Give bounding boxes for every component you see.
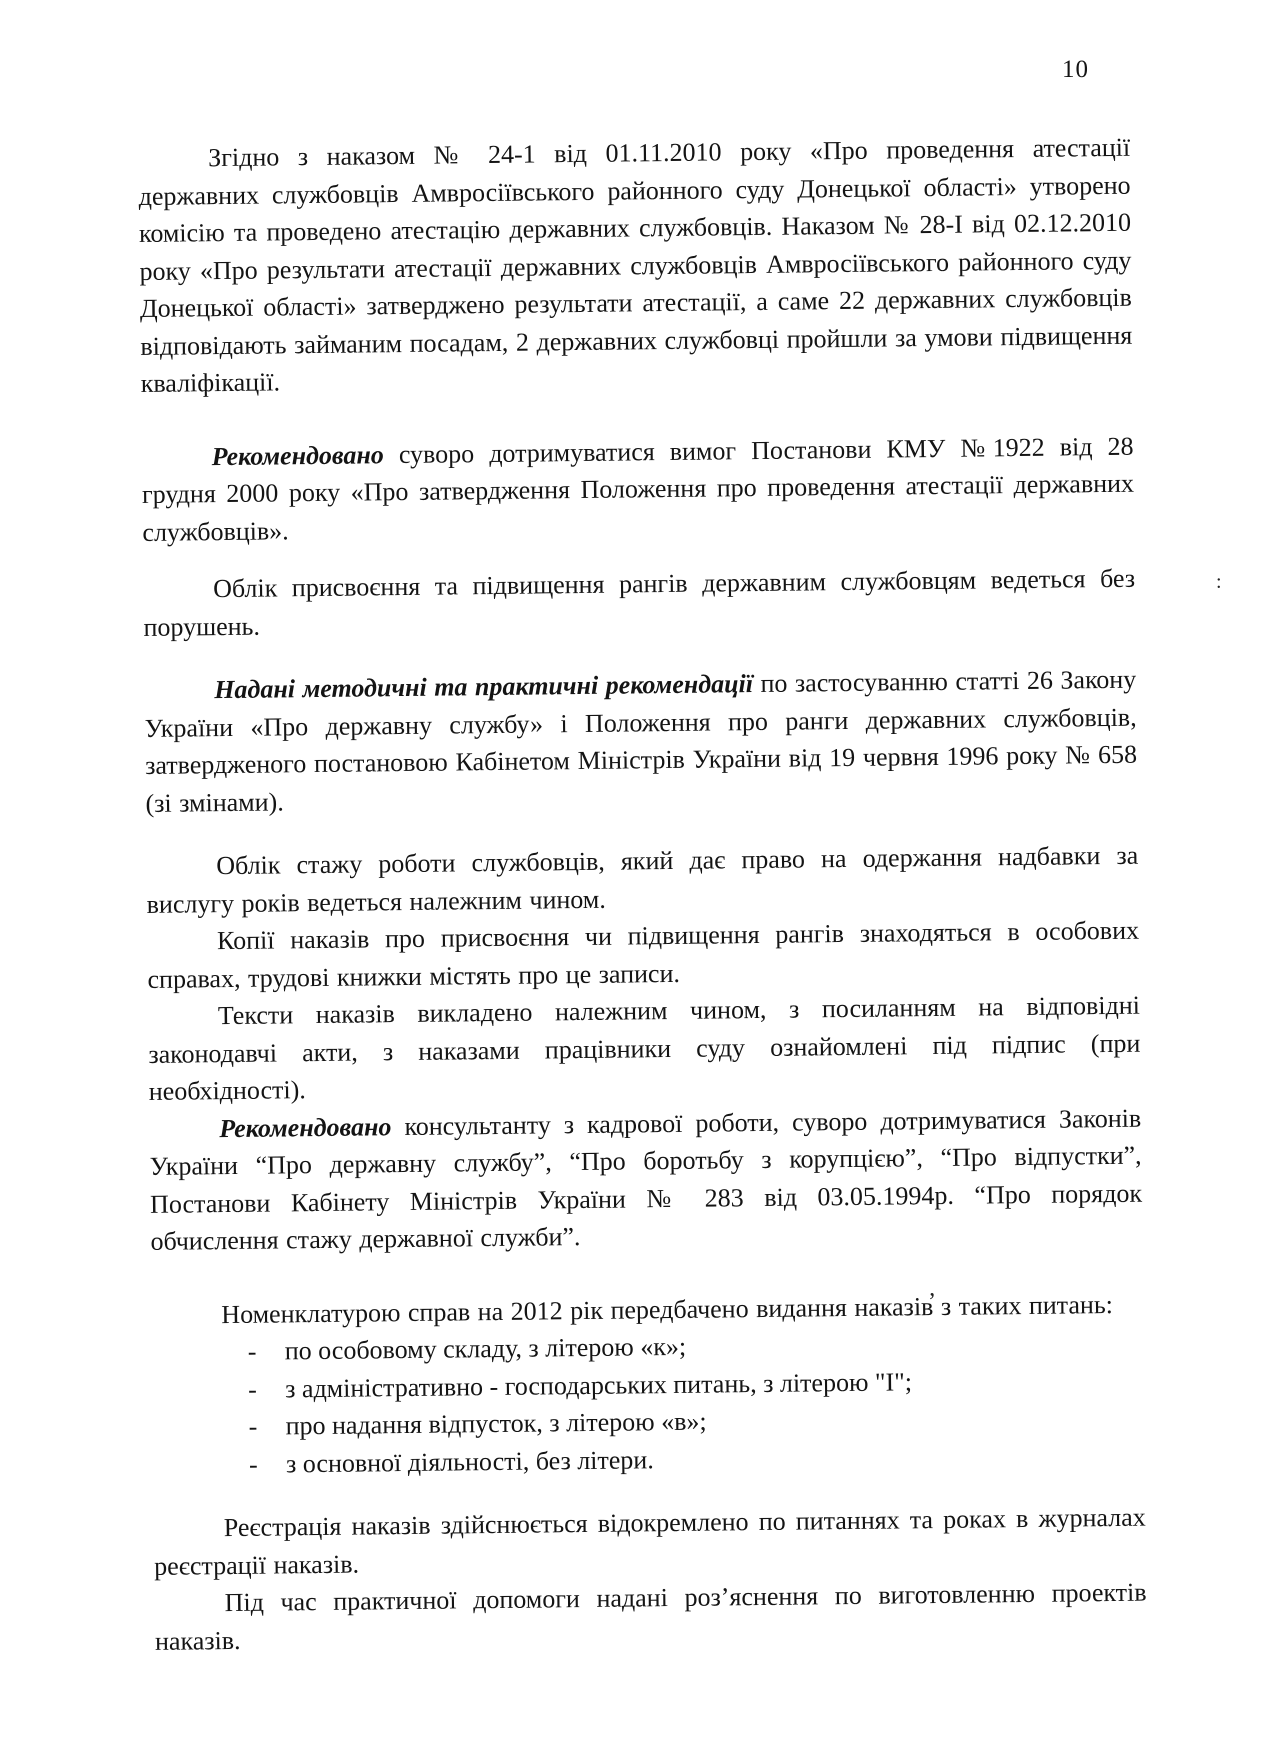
scan-artifact-mark: : [1216,572,1222,592]
list-dash: - [248,1370,257,1408]
paragraph-practical-help: Під час практичної допомоги надані роз’я… [154,1574,1147,1660]
list-item-text: по особовому складу, з літерою «к»; [285,1332,687,1366]
order-types-list: -по особовому складу, з літерою «к»; -з … [152,1323,1146,1484]
page-number: 10 [1062,56,1089,84]
page-content: Згідно з наказом № 24-1 від 01.11.2010 р… [138,129,1147,1660]
list-dash: - [248,1333,257,1371]
paragraph-rank-accounting: Облік присвоєння та підвищення рангів де… [143,560,1136,646]
list-dash: - [249,1445,258,1483]
paragraph-text: Номенклатурою справ на 2012 рік передбач… [221,1290,1113,1329]
paragraph-text: Реєстрація наказів здійснюється відокрем… [154,1503,1146,1581]
paragraph-text: Згідно з наказом № 24-1 від 01.11.2010 р… [138,133,1132,398]
paragraph-text: Під час практичної допомоги надані роз’я… [155,1578,1147,1656]
paragraph-lead-bold-italic: Надані методичні та практичні рекомендац… [214,669,753,704]
paragraph-text: Облік присвоєння та підвищення рангів де… [143,564,1135,642]
paragraph-recommendation-1: Рекомендовано суворо дотримуватися вимог… [141,427,1134,551]
paragraph-registration: Реєстрація наказів здійснюється відокрем… [154,1499,1147,1585]
paragraph-text: Облік стажу роботи службовців, який дає … [147,841,1139,919]
paragraph-text: Копії наказів про присвоєння чи підвищен… [147,916,1139,994]
paragraph-text: Тексти наказів викладено належним чином,… [148,991,1140,1106]
paragraph-attestation-order: Згідно з наказом № 24-1 від 01.11.2010 р… [138,129,1133,403]
paragraph-recommendation-2: Рекомендовано консультанту з кадрової ро… [149,1099,1143,1260]
paragraph-seniority-accounting: Облік стажу роботи службовців, який дає … [146,837,1139,923]
paragraph-order-copies: Копії наказів про присвоєння чи підвищен… [147,912,1140,998]
list-item-text: з адміністративно - господарських питань… [285,1367,912,1403]
list-dash: - [248,1408,257,1446]
scanned-page: 10 : ’ Згідно з наказом № 24-1 від 01.11… [0,0,1275,1755]
list-item-text: про надання відпусток, з літерою «в»; [285,1407,706,1441]
paragraph-order-texts: Тексти наказів викладено належним чином,… [148,987,1141,1111]
list-item-text: з основної діяльності, без літери. [286,1445,654,1478]
paragraph-methodical-recommendations: Надані методичні та практичні рекомендац… [144,661,1138,822]
paragraph-lead-bold-italic: Рекомендовано [219,1112,392,1143]
paragraph-lead-bold-italic: Рекомендовано [211,440,384,471]
